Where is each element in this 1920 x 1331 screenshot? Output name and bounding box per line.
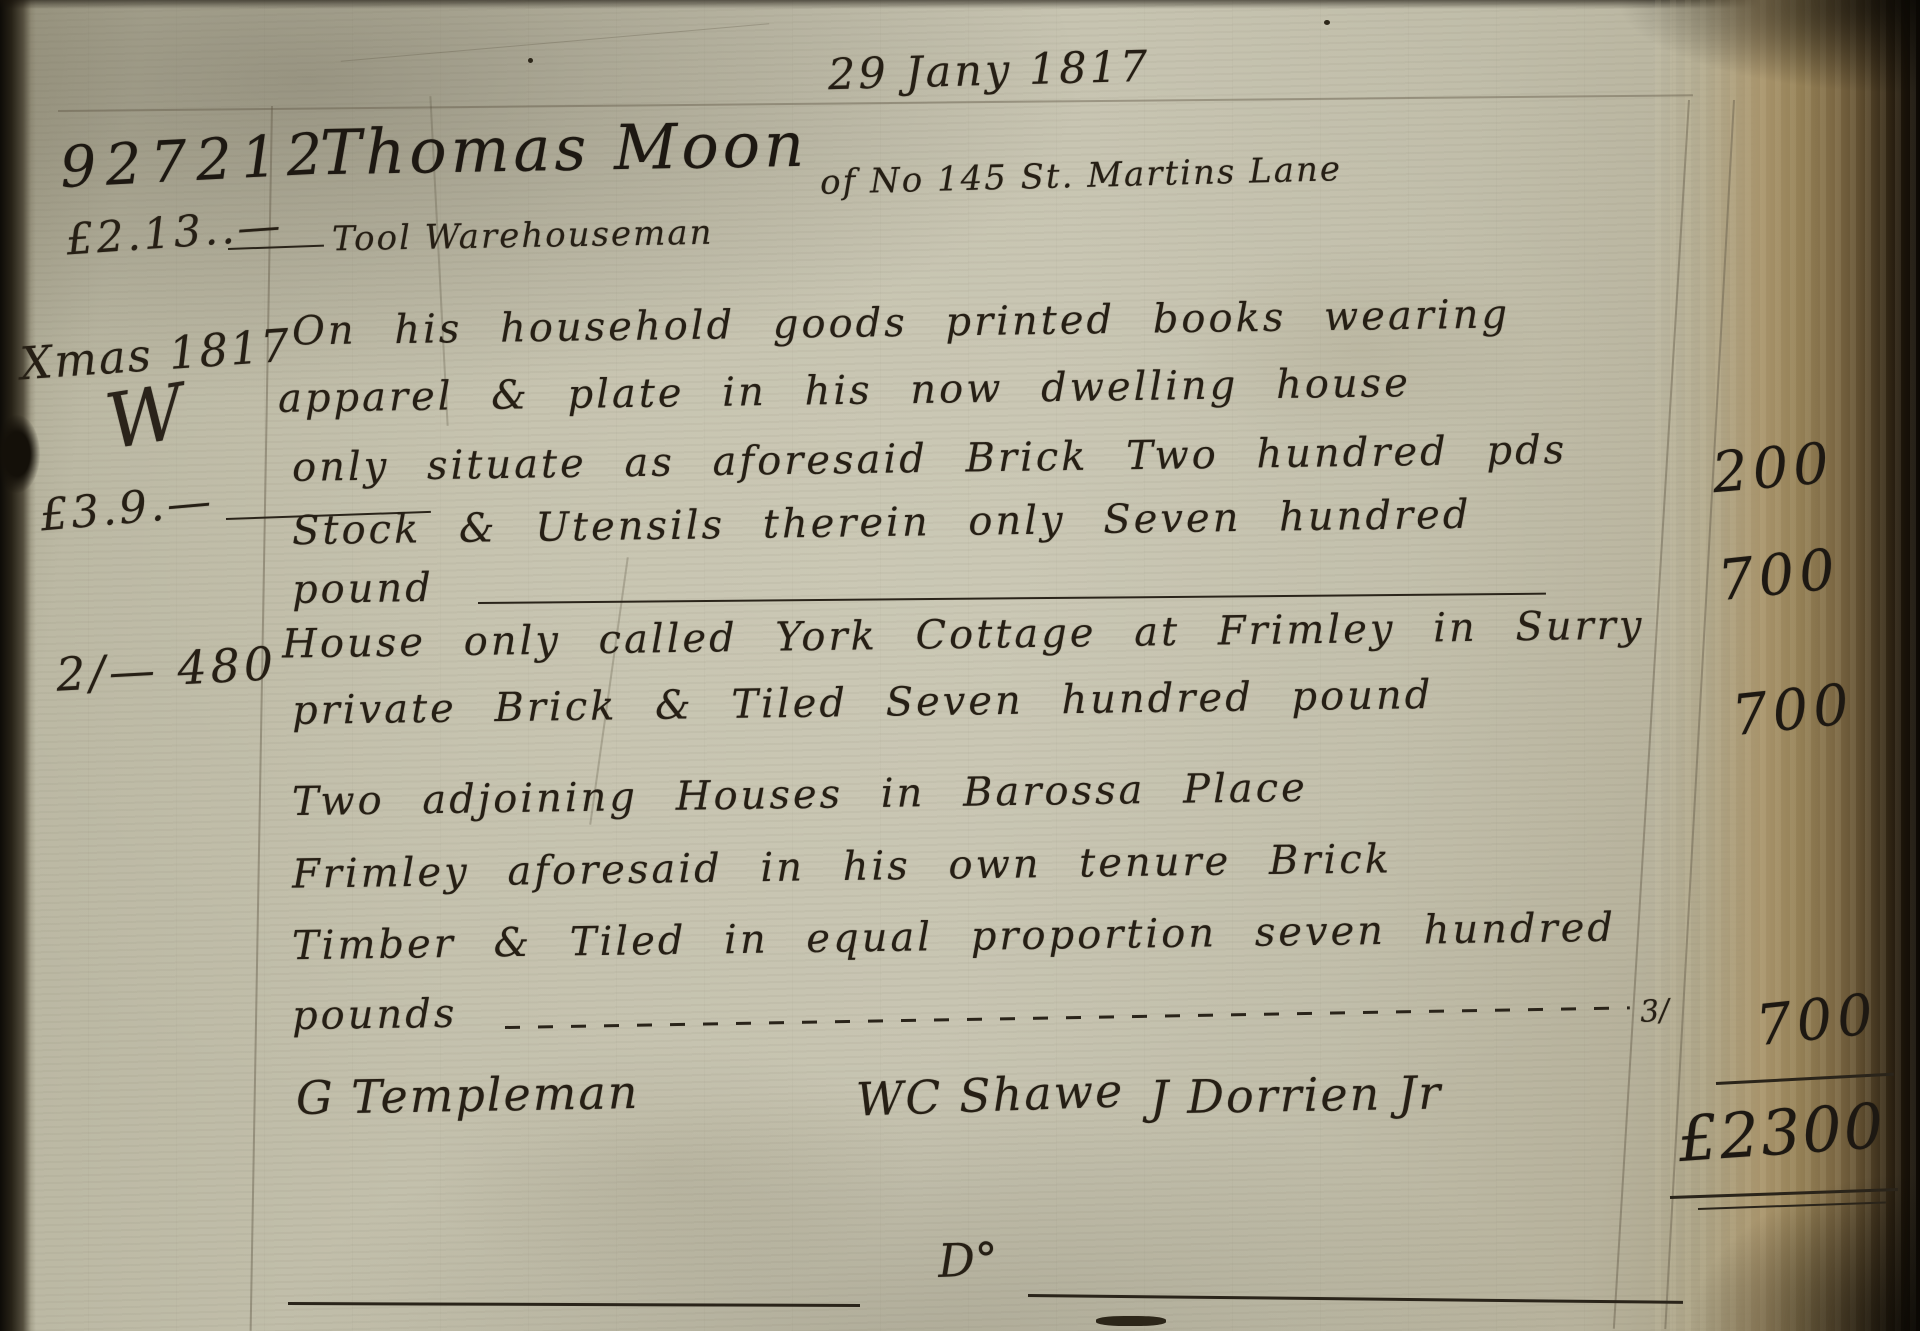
sum-amount: 700 <box>1729 672 1857 749</box>
signature: WC Shawe <box>855 1063 1125 1126</box>
body-line: pounds <box>292 991 458 1039</box>
ditto-mark: D° <box>937 1232 999 1288</box>
insured-name: Thomas Moon <box>319 108 808 190</box>
occupation: Tool Warehouseman <box>332 213 714 260</box>
signature: J Dorrien Jr <box>1150 1065 1443 1124</box>
page-corner-shadow-top-right <box>1490 0 1920 150</box>
sum-amount: 700 <box>1715 537 1843 614</box>
body-line: pound <box>292 565 434 613</box>
entry-date: 29 Jany 1817 <box>827 42 1151 100</box>
sum-amount: 700 <box>1753 982 1881 1059</box>
total-amount: £2300 <box>1676 1089 1888 1176</box>
ink-speck <box>528 58 533 63</box>
binding-edge-left <box>0 0 36 1331</box>
paraph-mark: W <box>100 366 191 466</box>
ledger-page-photo: 29 Jany 1817 927212 £2.13..— Xmas 1817 W… <box>0 0 1920 1331</box>
signature: G Templeman <box>296 1065 640 1125</box>
fraction-note: 3/ <box>1639 993 1671 1030</box>
ink-speck <box>1324 20 1330 25</box>
margin-note: 2/— 480 <box>55 636 279 702</box>
sum-amount: 200 <box>1709 431 1836 506</box>
ink-smudge <box>1096 1316 1166 1326</box>
